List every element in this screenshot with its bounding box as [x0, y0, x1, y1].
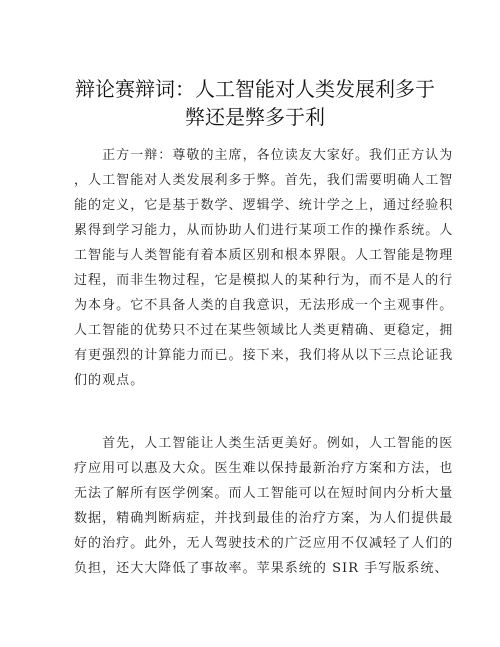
text-line: 有更强烈的计算能力而已。接下来，我们将从以下三点论证我 [74, 343, 430, 368]
text-line: 负担，还大大降低了事故率。苹果系统的 SIR 手写版系统、 [74, 556, 430, 581]
paragraph-first-argument: 首先，人工智能让人类生活更美好。例如，人工智能的医 疗应用可以惠及大众。医生难以… [74, 431, 430, 581]
text-line: 过程，而非生物过程，它是模拟人的某种行为，而不是人的行 [74, 268, 430, 293]
document-page: 辩论赛辩词：人工智能对人类发展利多于 弊还是弊多于利 正方一辩：尊敬的主席，各位… [0, 0, 500, 647]
document-title: 辩论赛辩词：人工智能对人类发展利多于 弊还是弊多于利 [70, 75, 440, 131]
title-line-2: 弊还是弊多于利 [70, 103, 440, 131]
title-line-1: 辩论赛辩词：人工智能对人类发展利多于 [70, 75, 440, 103]
paragraph-opening-statement: 正方一辩：尊敬的主席，各位读友大家好。我们正方认为 ，人工智能对人类发展利多于弊… [74, 143, 430, 393]
text-line: 能的定义，它是基于数学、逻辑学、统计学之上，通过经验积 [74, 193, 430, 218]
text-line: 累得到学习能力，从而协助人们进行某项工作的操作系统。人 [74, 218, 430, 243]
text-line: 们的观点。 [74, 368, 430, 393]
text-line: 数据，精确判断病症，并找到最佳的治疗方案，为人们提供最 [74, 506, 430, 531]
text-line: 正方一辩：尊敬的主席，各位读友大家好。我们正方认为 [74, 143, 430, 168]
text-line: 人工智能的优势只不过在某些领域比人类更精确、更稳定，拥 [74, 318, 430, 343]
text-line: ，人工智能对人类发展利多于弊。首先，我们需要明确人工智 [74, 168, 430, 193]
text-line: 好的治疗。此外，无人驾驶技术的广泛应用不仅减轻了人们的 [74, 531, 430, 556]
text-line: 疗应用可以惠及大众。医生难以保持最新治疗方案和方法，也 [74, 456, 430, 481]
text-line: 首先，人工智能让人类生活更美好。例如，人工智能的医 [74, 431, 430, 456]
text-line: 工智能与人类智能有着本质区别和根本界限。人工智能是物理 [74, 243, 430, 268]
text-line: 无法了解所有医学例案。而人工智能可以在短时间内分析大量 [74, 481, 430, 506]
text-line: 为本身。它不具备人类的自我意识，无法形成一个主观事件。 [74, 293, 430, 318]
